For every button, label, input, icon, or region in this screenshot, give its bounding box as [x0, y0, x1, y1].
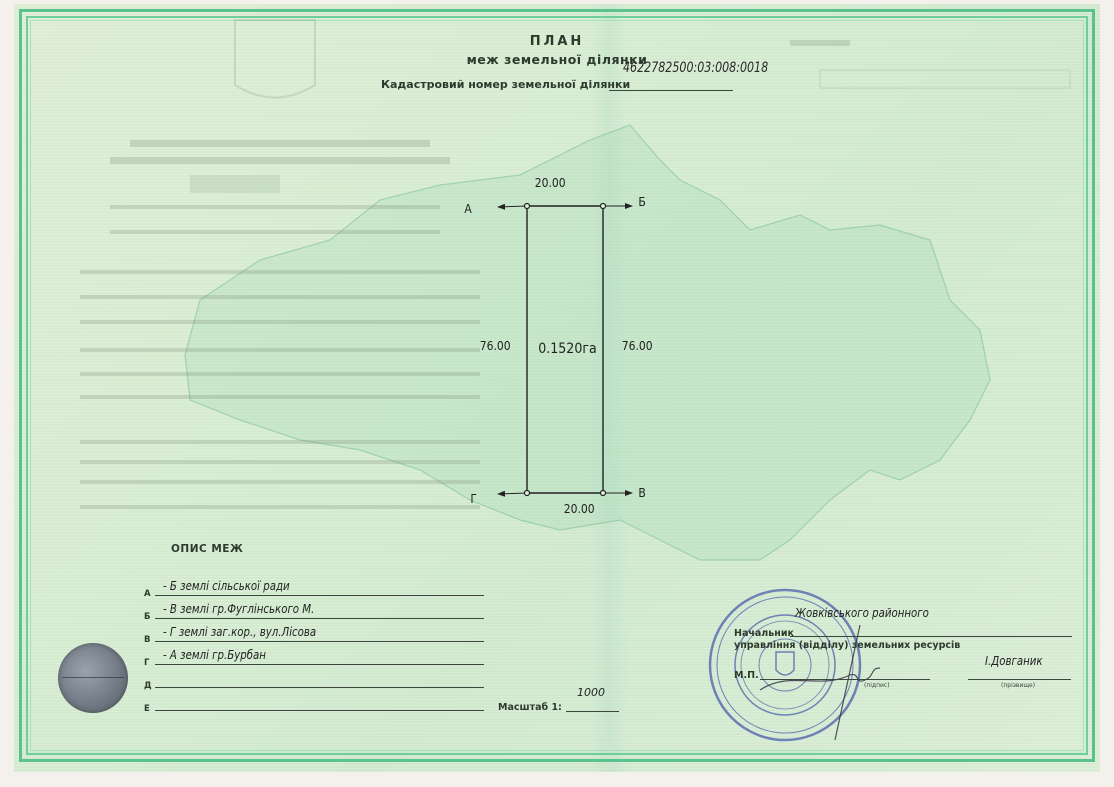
name-caption: (прізвище) — [1001, 682, 1035, 689]
corner-label-b: Б — [638, 195, 645, 209]
corner-point-a — [525, 204, 530, 209]
left-side-length: 76.00 — [480, 339, 511, 353]
corner-label-v: В — [638, 486, 645, 500]
scale-label: Масштаб 1: — [498, 702, 562, 713]
signature-caption: (підпис) — [864, 682, 890, 689]
boundary-row-letter: А — [144, 589, 151, 599]
boundary-row: А - Б землі сільської ради — [144, 576, 484, 596]
district-name: Жовківського районного — [795, 606, 929, 620]
hologram-sticker — [58, 643, 128, 713]
boundary-row-description: - Б землі сільської ради — [163, 579, 290, 593]
boundary-row-letter: Е — [144, 704, 150, 714]
boundary-description-title: ОПИС МЕЖ — [171, 543, 243, 555]
corner-label-g: Г — [470, 492, 477, 506]
top-side-length: 20.00 — [535, 176, 566, 190]
boundary-row: Д — [144, 668, 484, 688]
corner-point-b — [601, 204, 606, 209]
boundary-row: Б - В землі гр.Фуглінського М. — [144, 599, 484, 619]
boundary-row-letter: В — [144, 635, 150, 645]
corner-point-g — [525, 491, 530, 496]
bottom-side-length: 20.00 — [564, 502, 595, 516]
scale-value: 1000 — [577, 686, 605, 699]
boundary-row: В - Г землі заг.кор., вул.Лісова — [144, 622, 484, 642]
seal-label: М.П. — [734, 670, 759, 681]
boundary-row-description: - А землі гр.Бурбан — [163, 648, 266, 662]
position-line-1: Начальник — [734, 628, 794, 639]
boundary-row: Е — [144, 691, 484, 711]
right-side-length: 76.00 — [622, 339, 653, 353]
signature-line — [760, 679, 930, 680]
corner-label-a: А — [464, 202, 471, 216]
boundary-row-letter: Г — [144, 658, 149, 668]
boundary-row: Г - А землі гр.Бурбан — [144, 645, 484, 665]
name-line — [968, 679, 1071, 680]
corner-point-v — [601, 491, 606, 496]
boundary-row-letter: Б — [144, 612, 150, 622]
boundary-row-description: - Г землі заг.кор., вул.Лісова — [163, 625, 316, 639]
boundary-row-description: - В землі гр.Фуглінського М. — [163, 602, 314, 616]
boundary-row-letter: Д — [144, 681, 152, 691]
plot-area: 0.1520га — [538, 341, 596, 357]
scale-underline — [566, 711, 619, 712]
position-line-2: управління (відділу) земельних ресурсів — [734, 640, 960, 651]
official-name: І.Довганик — [985, 654, 1043, 668]
